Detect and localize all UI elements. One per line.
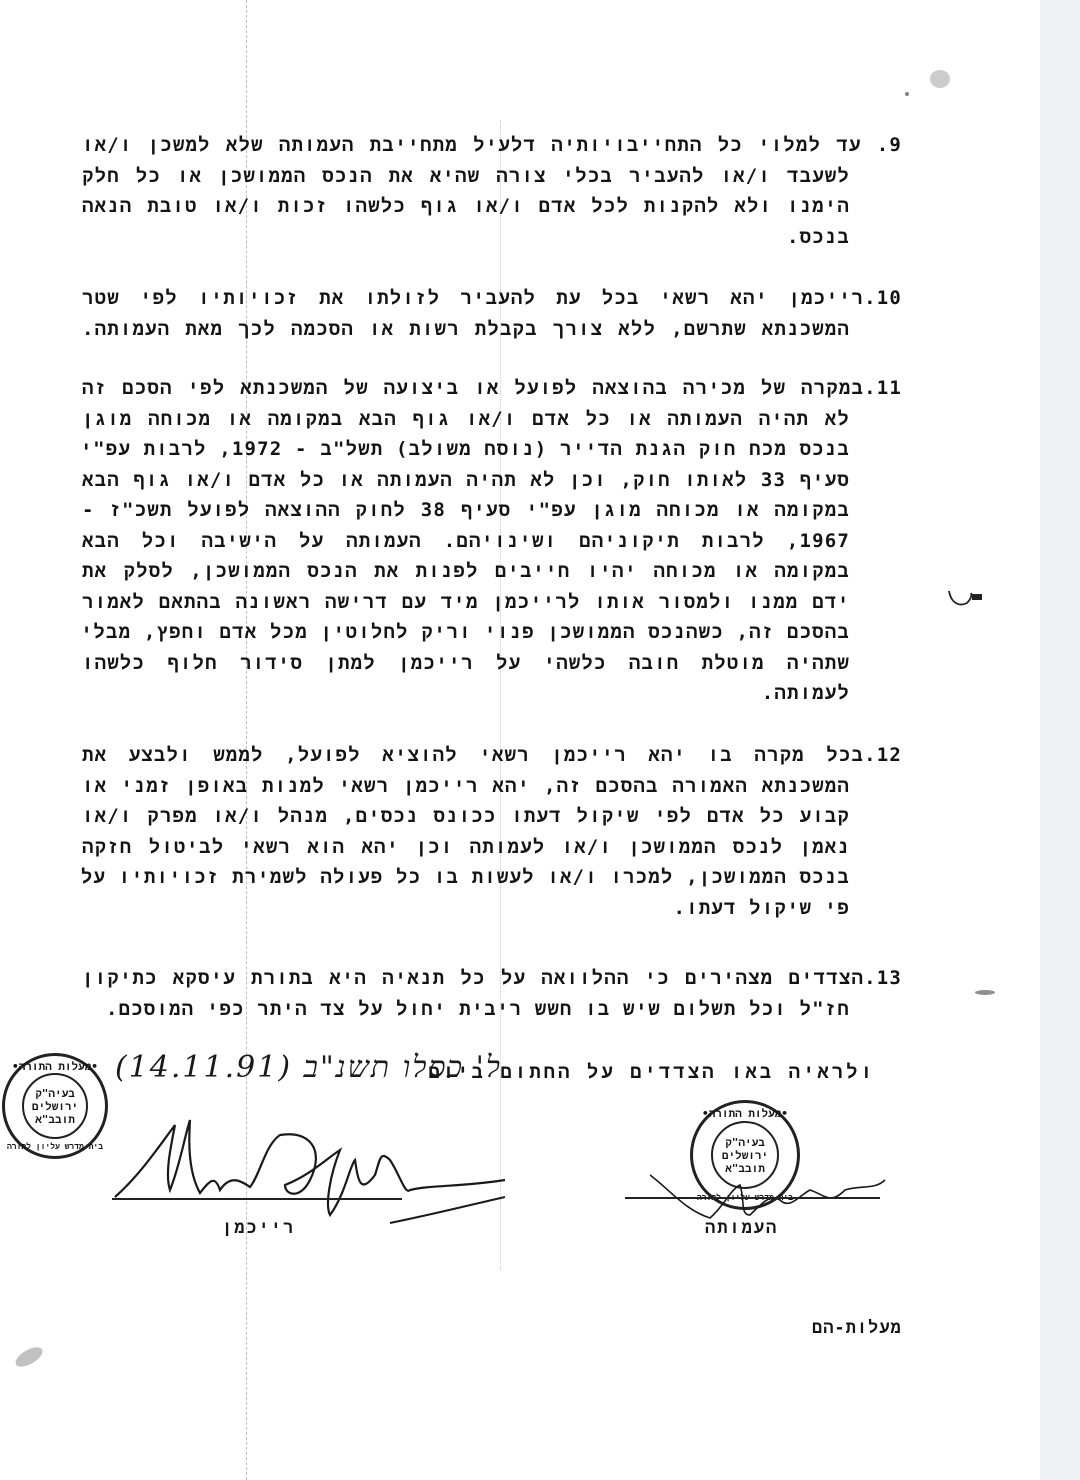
- clause-line: ידם ממנו ולמסור אותו לרייכמן מיד עם דריש…: [82, 587, 902, 618]
- scan-speck: [930, 70, 950, 88]
- clause-line: המשכנתא האמורה בהסכם זה, יהא רייכמן רשאי…: [82, 771, 902, 802]
- clause-line: בנכס.: [82, 222, 902, 253]
- clause-line: נאמן לנכס הממושכן ו/או לעמותה וכן יהא הו…: [82, 832, 902, 863]
- signature-line-right: [625, 1197, 880, 1199]
- clause-line: שתהיה מוטלת חובה כלשהי על רייכמן למתן סי…: [82, 648, 902, 679]
- signature-left: [110, 1105, 510, 1225]
- stamp-left: •מעלות התורה• בעיה"ק ירושלים תובב"א בית …: [2, 1053, 108, 1159]
- clause-line: 9. עד למלוי כל התחייבויותיה דלעיל מתחייב…: [82, 130, 902, 161]
- signature-label-right: העמותה: [705, 1218, 778, 1239]
- clause-line: 13.הצדדים מצהירים כי ההלוואה על כל תנאיה…: [82, 963, 902, 994]
- clause-line: לעמותה.: [82, 678, 902, 709]
- clause-line: 12.בכל מקרה בו יהא רייכמן רשאי להוציא לפ…: [82, 740, 902, 771]
- clause-line: לא תהיה העמותה או כל אדם ו/או גוף הבא במ…: [82, 404, 902, 435]
- clause-11: 11.במקרה של מכירה בהוצאה לפועל או ביצועה…: [82, 373, 902, 709]
- stamp-ring-top: •מעלות התורה•: [5, 1060, 105, 1074]
- signature-label-left: רייכמן: [222, 1218, 295, 1239]
- clause-line: 10.רייכמן יהא רשאי בכל עת להעביר לזולתו …: [82, 283, 902, 314]
- clause-9: 9. עד למלוי כל התחייבויותיה דלעיל מתחייב…: [82, 130, 902, 252]
- stamp-ring-top: •מעלות התורה•: [693, 1107, 797, 1121]
- scan-speck: [13, 1343, 46, 1370]
- clause-line: 11.במקרה של מכירה בהוצאה לפועל או ביצועה…: [82, 373, 902, 404]
- clause-10: 10.רייכמן יהא רשאי בכל עת להעביר לזולתו …: [82, 283, 902, 344]
- clause-12: 12.בכל מקרה בו יהא רייכמן רשאי להוציא לפ…: [82, 740, 902, 923]
- scan-speck: [905, 92, 909, 96]
- clause-line: בנכס מכח חוק הגנת הדייר (נוסח משולב) תשל…: [82, 434, 902, 465]
- clause-line: במקומה או מכוחה מוגן עפ"י סעיף 38 לחוק ה…: [82, 495, 902, 526]
- stamp-ring-bottom: בית מדרש עליון לתורה: [5, 1142, 105, 1152]
- clause-number: 11.: [864, 377, 902, 399]
- clause-line: לשעבד ו/או להעביר בכלי צורה שהיא את הנכס…: [82, 161, 902, 192]
- clause-line: קבוע כל אדם לפי שיקול דעתו ככונס נכסים, …: [82, 801, 902, 832]
- margin-mark: [945, 585, 985, 615]
- clause-line: 1967, לרבות תיקוניהם ושינויהם. העמותה על…: [82, 526, 902, 557]
- clause-line: סעיף 33 לאותו חוק, וכן לא תהיה העמותה או…: [82, 465, 902, 496]
- clause-line: בהסכם זה, כשהנכס הממושכן פנוי וריק לחלוט…: [82, 617, 902, 648]
- clause-line: בנכס הממושכן, למכרו ו/או לעשות בו כל פעו…: [82, 862, 902, 893]
- scan-speck: [975, 990, 995, 995]
- clause-line: המשכנתא שתרשם, ללא צורך בקבלת רשות או הס…: [82, 314, 902, 345]
- clause-number: 13.: [864, 967, 902, 989]
- clause-line: חז"ל וכל תשלום שיש בו חשש ריבית יחול על …: [82, 994, 902, 1025]
- clause-line: במקומה או מכוחה יהיו חייבים לפנות את הנכ…: [82, 556, 902, 587]
- signature-line-left: [112, 1198, 402, 1200]
- footer-mark: מעלות-הם: [812, 1318, 902, 1339]
- document-page: 9. עד למלוי כל התחייבויותיה דלעיל מתחייב…: [0, 0, 1040, 1480]
- clause-number: 12.: [864, 744, 902, 766]
- clause-13: 13.הצדדים מצהירים כי ההלוואה על כל תנאיה…: [82, 963, 902, 1024]
- clause-number: 10.: [864, 287, 902, 309]
- viewer-side-strip: [1040, 0, 1080, 1480]
- clause-line: הימנו ולא להקנות לכל אדם ו/או גוף כלשהו …: [82, 191, 902, 222]
- handwritten-date: ל' כסלו תשנ"ב (14.11.91): [115, 1050, 502, 1085]
- stamp-inner: בעיה"ק ירושלים תובב"א: [22, 1073, 88, 1139]
- clause-line: פי שיקול דעתו.: [82, 893, 902, 924]
- clause-number: 9.: [877, 134, 902, 156]
